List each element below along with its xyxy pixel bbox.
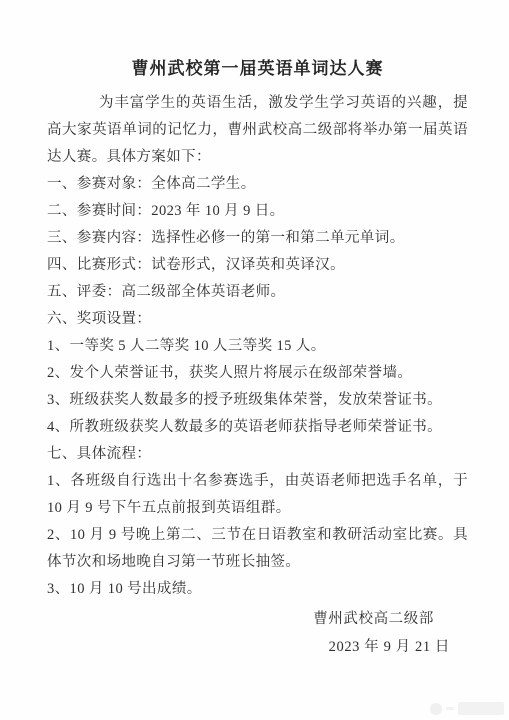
intro-paragraph: 为丰富学生的英语生活，激发学生学习英语的兴趣，提高大家英语单词的记忆力，曹州武校…	[47, 90, 468, 171]
item-format: 四、比赛形式：试卷形式，汉译英和英译汉。	[47, 252, 468, 279]
signature-organization: 曹州武校高二级部	[47, 605, 468, 633]
item-time: 二、参赛时间：2023 年 10 月 9 日。	[47, 198, 468, 225]
watermark-divider	[446, 707, 454, 710]
item-awards-heading: 六、奖项设置：	[47, 306, 468, 333]
document-page: 曹州武校第一届英语单词达人赛 为丰富学生的英语生活，激发学生学习英语的兴趣，提高…	[0, 0, 509, 720]
award-detail-2: 2、发个人荣誉证书，获奖人照片将展示在级部荣誉墙。	[47, 360, 468, 387]
document-content: 曹州武校第一届英语单词达人赛 为丰富学生的英语生活，激发学生学习英语的兴趣，提高…	[0, 57, 509, 661]
procedure-step-3: 3、10 月 10 号出成绩。	[47, 576, 468, 603]
signature-block: 曹州武校高二级部 2023 年 9 月 21 日	[47, 605, 468, 661]
procedure-step-1: 1、各班级自行选出十名参赛选手，由英语老师把选手名单，于 10 月 9 号下午五…	[47, 468, 468, 522]
watermark-logo-icon	[430, 703, 442, 715]
watermark	[430, 702, 504, 715]
signature-date: 2023 年 9 月 21 日	[47, 633, 468, 661]
watermark-text-block	[458, 702, 504, 715]
procedure-step-2: 2、10 月 9 号晚上第二、三节在日语教室和教研活动室比赛。具体节次和场地晚自…	[47, 522, 468, 576]
item-judges: 五、评委：高二级部全体英语老师。	[47, 279, 468, 306]
item-content: 三、参赛内容：选择性必修一的第一和第二单元单词。	[47, 225, 468, 252]
award-detail-1: 1、一等奖 5 人二等奖 10 人三等奖 15 人。	[47, 333, 468, 360]
award-detail-3: 3、班级获奖人数最多的授予班级集体荣誉，发放荣誉证书。	[47, 387, 468, 414]
award-detail-4: 4、所教班级获奖人数最多的英语老师获指导老师荣誉证书。	[47, 414, 468, 441]
item-participants: 一、参赛对象：全体高二学生。	[47, 171, 468, 198]
item-procedure-heading: 七、具体流程：	[47, 441, 468, 468]
document-title: 曹州武校第一届英语单词达人赛	[47, 57, 468, 81]
